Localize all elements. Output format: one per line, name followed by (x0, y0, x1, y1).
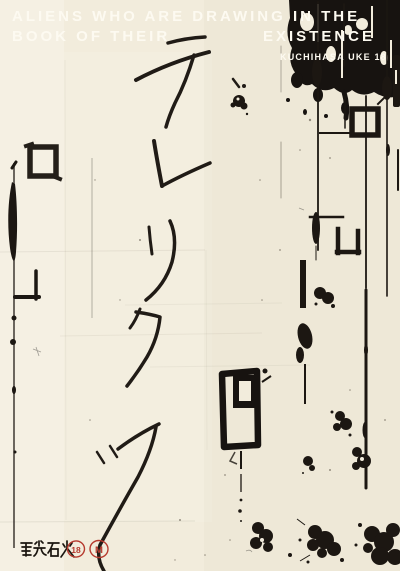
paper-specks (89, 119, 386, 561)
art-poster: 18 M ALIENS WHO ARE DRAWING IN THE BOOK … (0, 0, 400, 571)
seal-1-text: 18 (71, 545, 81, 555)
left-square-glyph (26, 144, 60, 179)
right-drips-blobs (295, 260, 371, 474)
title-line-2-left: BOOK OF THEIR (12, 28, 170, 45)
title-line-1: ALIENS WHO ARE DRAWING IN THE (12, 8, 360, 25)
stamp-calligraphy (21, 541, 74, 557)
ink-dot (231, 95, 249, 115)
credit-line: KUCHIHASA UKE 18 (280, 52, 387, 62)
left-vertical-ink (8, 158, 92, 548)
seal-2-text: M (95, 545, 103, 556)
title-line-2-right: EXISTENCE (263, 28, 375, 45)
center-rectangle-glyph (222, 369, 271, 523)
ink-artwork: 18 M (0, 0, 400, 571)
right-square-glyph (320, 98, 384, 135)
bottom-splatters (250, 519, 400, 565)
